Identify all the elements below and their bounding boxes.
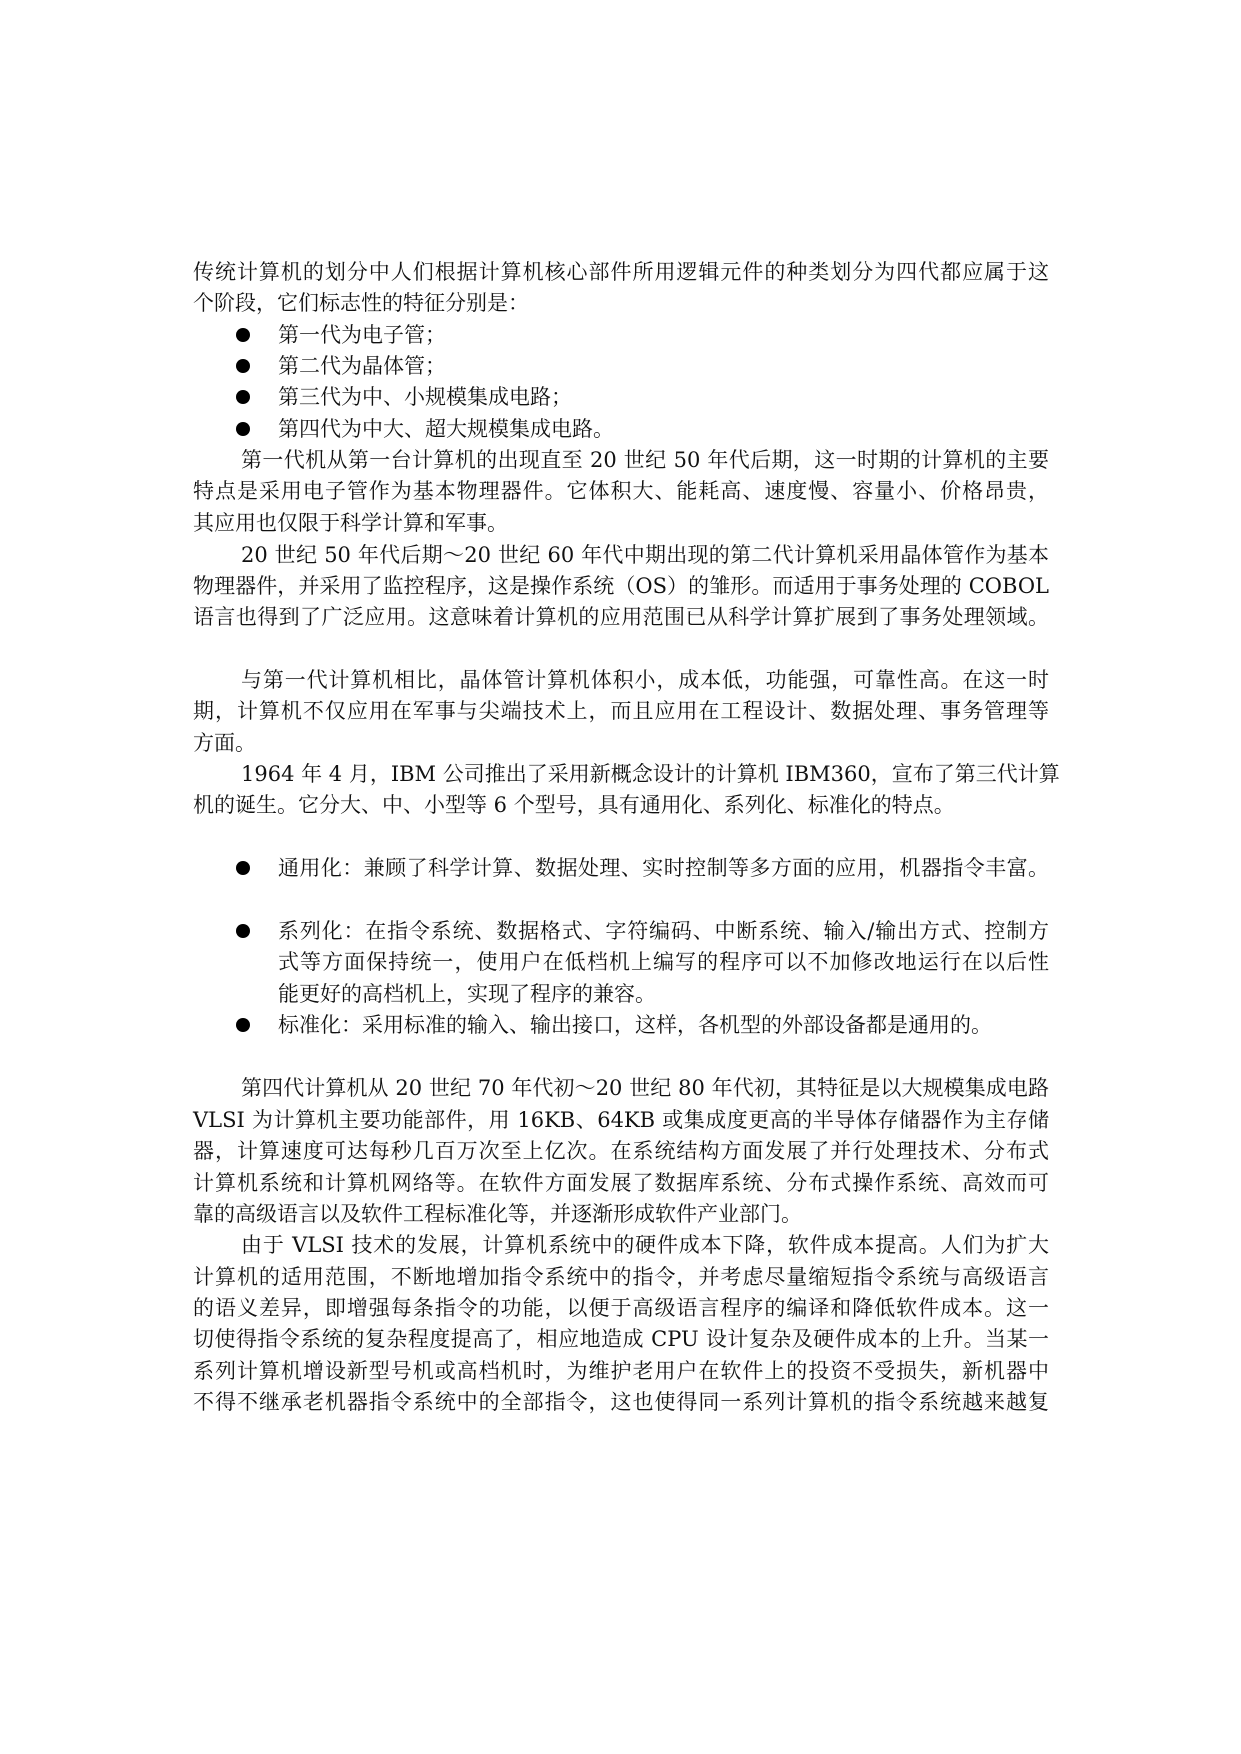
paragraph-line: 系列计算机增设新型号机或高档机时，为维护老用户在软件上的投资不受损失，新机器中: [193, 1356, 1049, 1386]
list-item: 第三代为中、小规模集成电路；: [278, 382, 1049, 412]
document-page: 传统计算机的划分中人们根据计算机核心部件所用逻辑元件的种类划分为四代都应属于这 …: [0, 0, 1241, 1754]
intro-line: 传统计算机的划分中人们根据计算机核心部件所用逻辑元件的种类划分为四代都应属于这: [193, 257, 1049, 287]
paragraph-line: 1964 年 4 月，IBM 公司推出了采用新概念设计的计算机 IBM360，宣…: [241, 759, 1049, 789]
paragraph-line: 计算机的适用范围，不断地增加指令系统中的指令，并考虑尽量缩短指令系统与高级语言: [193, 1262, 1049, 1292]
list-item: 第一代为电子管；: [278, 320, 1049, 350]
intro-line: 个阶段，它们标志性的特征分别是：: [193, 288, 1049, 318]
paragraph-line: 第一代机从第一台计算机的出现直至 20 世纪 50 年代后期，这一时期的计算机的…: [241, 445, 1049, 475]
paragraph-line: 语言也得到了广泛应用。这意味着计算机的应用范围已从科学计算扩展到了事务处理领域。: [193, 602, 1049, 632]
bullet-icon: [236, 390, 250, 404]
bullet-icon: [236, 359, 250, 373]
paragraph-line: 与第一代计算机相比，晶体管计算机体积小，成本低，功能强，可靠性高。在这一时: [241, 665, 1049, 695]
paragraph-line: 机的诞生。它分大、中、小型等 6 个型号，具有通用化、系列化、标准化的特点。: [193, 790, 1049, 820]
feature-item: 标准化：采用标准的输入、输出接口，这样，各机型的外部设备都是通用的。: [278, 1010, 1049, 1040]
paragraph-line: VLSI 为计算机主要功能部件，用 16KB、64KB 或集成度更高的半导体存储…: [193, 1105, 1049, 1135]
feature-item: 能更好的高档机上，实现了程序的兼容。: [278, 979, 1049, 1009]
bullet-icon: [236, 861, 250, 875]
feature-item: 通用化：兼顾了科学计算、数据处理、实时控制等多方面的应用，机器指令丰富。: [278, 853, 1049, 883]
list-item: 第四代为中大、超大规模集成电路。: [278, 414, 1049, 444]
paragraph-line: 的语义差异，即增强每条指令的功能，以便于高级语言程序的编译和降低软件成本。这一: [193, 1293, 1049, 1323]
paragraph-line: 20 世纪 50 年代后期～20 世纪 60 年代中期出现的第二代计算机采用晶体…: [241, 540, 1049, 570]
paragraph-line: 器，计算速度可达每秒几百万次至上亿次。在系统结构方面发展了并行处理技术、分布式: [193, 1136, 1049, 1166]
paragraph-line: 特点是采用电子管作为基本物理器件。它体积大、能耗高、速度慢、容量小、价格昂贵，: [193, 476, 1049, 506]
bullet-icon: [236, 924, 250, 938]
paragraph-line: 由于 VLSI 技术的发展，计算机系统中的硬件成本下降，软件成本提高。人们为扩大: [241, 1230, 1049, 1260]
bullet-icon: [236, 328, 250, 342]
paragraph-line: 切使得指令系统的复杂程度提高了，相应地造成 CPU 设计复杂及硬件成本的上升。当…: [193, 1324, 1049, 1354]
bullet-icon: [236, 1018, 250, 1032]
paragraph-line: 靠的高级语言以及软件工程标准化等，并逐渐形成软件产业部门。: [193, 1199, 1049, 1229]
paragraph-line: 计算机系统和计算机网络等。在软件方面发展了数据库系统、分布式操作系统、高效而可: [193, 1168, 1049, 1198]
paragraph-line: 方面。: [193, 728, 1049, 758]
bullet-icon: [236, 422, 250, 436]
paragraph-line: 不得不继承老机器指令系统中的全部指令，这也使得同一系列计算机的指令系统越来越复: [193, 1387, 1049, 1417]
paragraph-line: 物理器件，并采用了监控程序，这是操作系统（OS）的雏形。而适用于事务处理的 CO…: [193, 571, 1049, 601]
paragraph-line: 期，计算机不仅应用在军事与尖端技术上，而且应用在工程设计、数据处理、事务管理等: [193, 696, 1049, 726]
feature-item: 系列化：在指令系统、数据格式、字符编码、中断系统、输入/输出方式、控制方: [278, 916, 1049, 946]
feature-item: 式等方面保持统一，使用户在低档机上编写的程序可以不加修改地运行在以后性: [278, 947, 1049, 977]
paragraph-line: 第四代计算机从 20 世纪 70 年代初～20 世纪 80 年代初，其特征是以大…: [241, 1073, 1049, 1103]
list-item: 第二代为晶体管；: [278, 351, 1049, 381]
paragraph-line: 其应用也仅限于科学计算和军事。: [193, 508, 1049, 538]
